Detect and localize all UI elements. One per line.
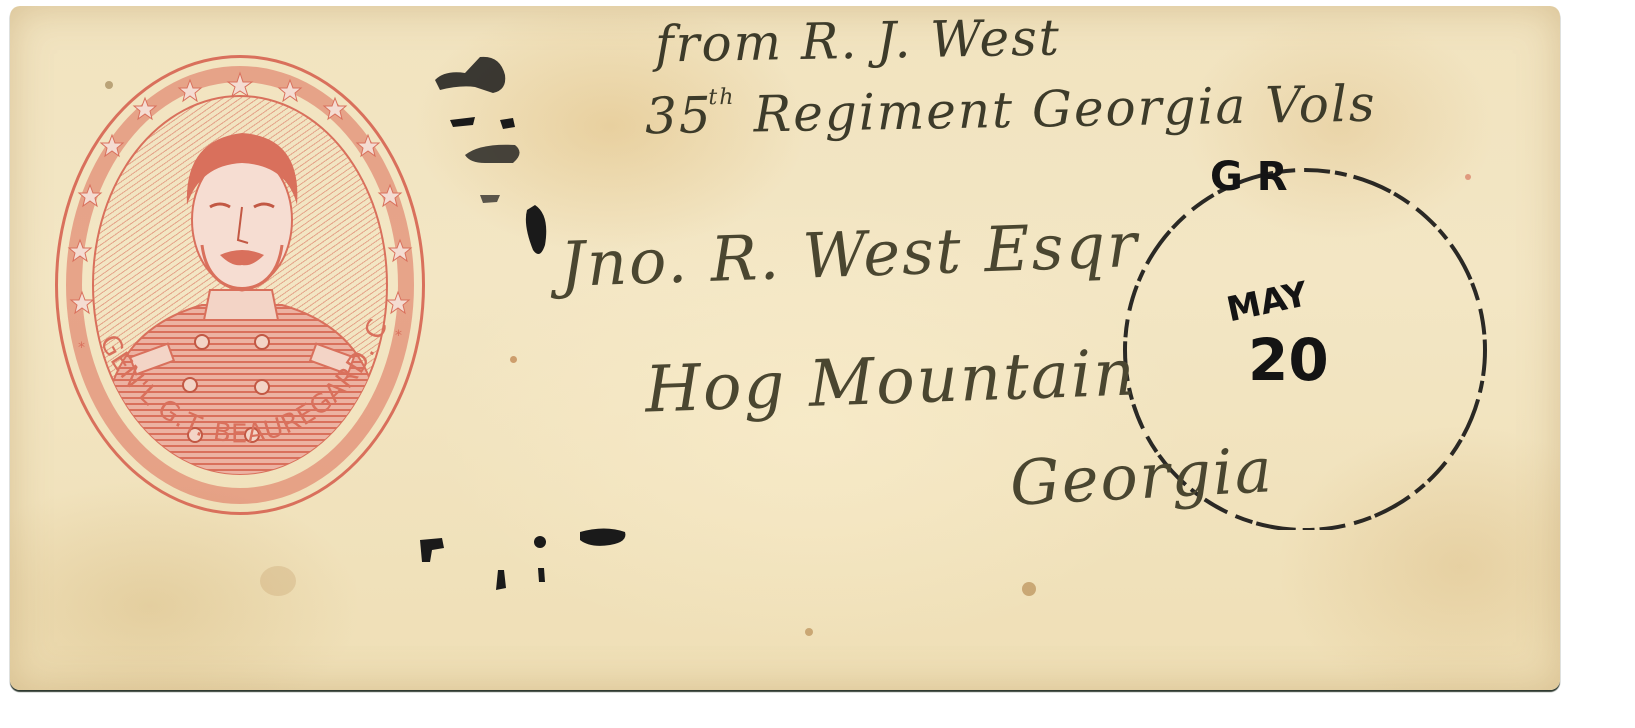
caption-text: GEN'L G.T. BEAUREGARD. C.S.A. [40, 40, 394, 449]
postmark-month: MAY [1223, 274, 1311, 330]
stain [1022, 582, 1036, 596]
oval-caption: * * GEN'L G.T. BEAUREGARD. C.S.A. [40, 40, 440, 530]
regiment-ordinal: th [708, 85, 735, 110]
paid-text: PAID [410, 596, 413, 599]
stain [510, 356, 517, 363]
paid-handstamp: PAID [410, 520, 640, 600]
postmark-town: G R [1210, 154, 1288, 200]
address-state: Georgia [1008, 433, 1275, 520]
regiment-number: 35 [645, 86, 714, 145]
regiment-name: Regiment Georgia Vols [753, 75, 1377, 144]
sender-line1: from R. J. West [655, 8, 1062, 73]
ornament-right: * [395, 328, 402, 344]
stain [805, 628, 813, 636]
due-text: DUE [425, 274, 427, 276]
due-handstamp: DUE [405, 45, 565, 285]
ornament-left: * [78, 340, 85, 356]
postmark-day: 20 [1248, 326, 1329, 394]
stain [260, 566, 296, 596]
